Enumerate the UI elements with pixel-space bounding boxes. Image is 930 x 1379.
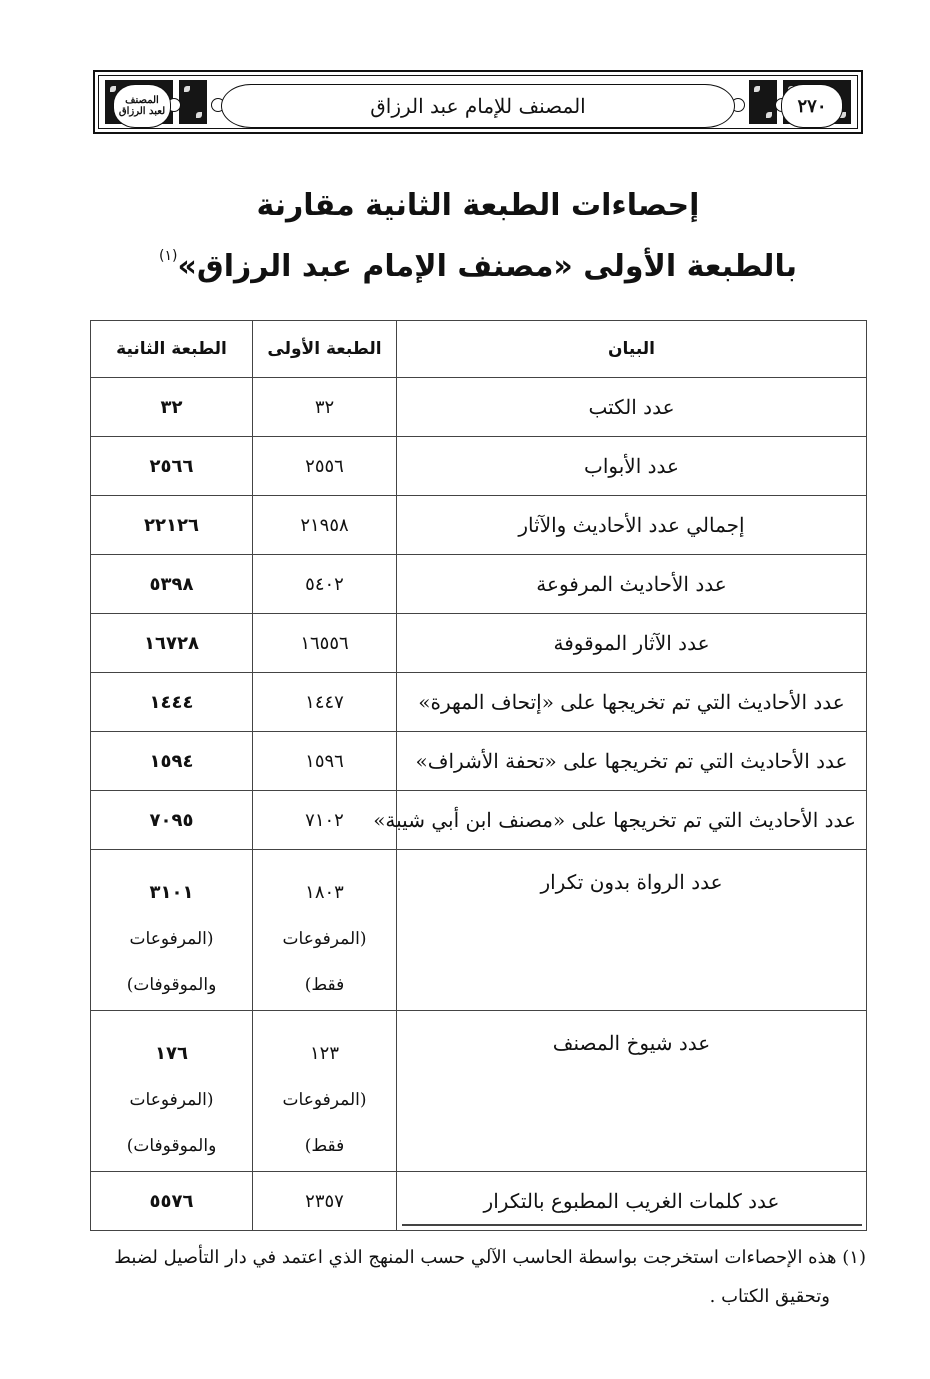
row-description: عدد الآثار الموقوفة: [397, 614, 867, 673]
emblem-line-1: المصنف: [119, 95, 165, 106]
row-second-edition: ٣٢: [91, 378, 253, 437]
running-header: المصنف لعبد الرزاق المصنف للإمام عبد الر…: [93, 70, 863, 134]
row-first-edition: ١٤٤٧: [253, 673, 397, 732]
table-row: عدد الأبواب ٢٥٥٦ ٢٥٦٦: [91, 437, 867, 496]
table-row: عدد الآثار الموقوفة ١٦٥٥٦ ١٦٧٢٨: [91, 614, 867, 673]
book-title-cartouche: المصنف للإمام عبد الرزاق: [221, 84, 735, 128]
row-first-edition-note: (المرفوعات: [283, 1077, 367, 1123]
row-second-edition-note: (المرفوعات: [130, 916, 214, 962]
book-emblem: المصنف لعبد الرزاق: [113, 84, 171, 128]
footnote-reference[interactable]: (١): [159, 248, 177, 264]
row-first-edition: ١٦٥٥٦: [253, 614, 397, 673]
book-title: المصنف للإمام عبد الرزاق: [370, 94, 585, 118]
row-description: عدد الرواة بدون تكرار: [397, 850, 867, 1011]
row-second-edition: ١٧٦ (المرفوعات والموقوفات): [91, 1011, 253, 1172]
row-second-edition-note: والموقوفات): [127, 1123, 217, 1169]
row-first-edition-note: (المرفوعات: [283, 916, 367, 962]
row-second-edition: ٢٥٦٦: [91, 437, 253, 496]
table-row: عدد كلمات الغريب المطبوع بالتكرار ٢٣٥٧ ٥…: [91, 1172, 867, 1231]
row-description: عدد الأحاديث التي تم تخريجها على «مصنف ا…: [397, 791, 867, 850]
row-second-edition-value: ١٧٦: [155, 1031, 188, 1077]
ornament-panel-left-inner: [179, 80, 207, 124]
emblem-line-2: لعبد الرزاق: [119, 106, 165, 117]
footnote-line-1: (١) هذه الإحصاءات استخرجت بواسطة الحاسب …: [90, 1238, 866, 1277]
page-title-line-1: إحصاءات الطبعة الثانية مقارنة: [90, 188, 866, 223]
row-first-edition: ٢٥٥٦: [253, 437, 397, 496]
table-row: عدد الأحاديث التي تم تخريجها على «تحفة ا…: [91, 732, 867, 791]
row-first-edition-note: فقط): [305, 1123, 345, 1169]
row-first-edition: ١٥٩٦: [253, 732, 397, 791]
row-second-edition-value: ٣١٠١: [150, 870, 194, 916]
table-row: عدد الكتب ٣٢ ٣٢: [91, 378, 867, 437]
table-row: عدد الأحاديث التي تم تخريجها على «مصنف ا…: [91, 791, 867, 850]
row-second-edition: ٣١٠١ (المرفوعات والموقوفات): [91, 850, 253, 1011]
row-second-edition-note: والموقوفات): [127, 962, 217, 1008]
footnote-line-2: وتحقيق الكتاب .: [90, 1277, 866, 1316]
row-first-edition-value: ١٢٣: [310, 1031, 339, 1077]
row-second-edition: ٢٢١٢٦: [91, 496, 253, 555]
header-second-edition: الطبعة الثانية: [91, 321, 253, 378]
row-second-edition: ١٤٤٤: [91, 673, 253, 732]
row-first-edition-note: فقط): [305, 962, 345, 1008]
row-second-edition: ٥٥٧٦: [91, 1172, 253, 1231]
table-row: إجمالي عدد الأحاديث والآثار ٢١٩٥٨ ٢٢١٢٦: [91, 496, 867, 555]
row-description: عدد الأحاديث التي تم تخريجها على «إتحاف …: [397, 673, 867, 732]
table-row: عدد الأحاديث المرفوعة ٥٤٠٢ ٥٣٩٨: [91, 555, 867, 614]
statistics-comparison-table: البيان الطبعة الأولى الطبعة الثانية عدد …: [90, 320, 867, 1231]
ornament-panel-right-inner: [749, 80, 777, 124]
row-first-edition: ٥٤٠٢: [253, 555, 397, 614]
table-row: عدد الأحاديث التي تم تخريجها على «إتحاف …: [91, 673, 867, 732]
row-description: عدد الأحاديث التي تم تخريجها على «تحفة ا…: [397, 732, 867, 791]
row-first-edition: ١٨٠٣ (المرفوعات فقط): [253, 850, 397, 1011]
row-description: عدد الأحاديث المرفوعة: [397, 555, 867, 614]
row-second-edition: ٥٣٩٨: [91, 555, 253, 614]
row-description: عدد كلمات الغريب المطبوع بالتكرار: [397, 1172, 867, 1231]
row-description: إجمالي عدد الأحاديث والآثار: [397, 496, 867, 555]
footnote: (١) هذه الإحصاءات استخرجت بواسطة الحاسب …: [90, 1238, 866, 1316]
header-first-edition: الطبعة الأولى: [253, 321, 397, 378]
row-second-edition: ١٥٩٤: [91, 732, 253, 791]
header-frame: المصنف لعبد الرزاق المصنف للإمام عبد الر…: [98, 75, 858, 129]
page-number: ٢٧٠: [797, 96, 826, 117]
table-row: عدد الرواة بدون تكرار ١٨٠٣ (المرفوعات فق…: [91, 850, 867, 1011]
row-description: عدد الأبواب: [397, 437, 867, 496]
row-second-edition: ٧٠٩٥: [91, 791, 253, 850]
page-title-line-2-text: بالطبعة الأولى «مصنف الإمام عبد الرزاق»: [178, 249, 797, 284]
row-first-edition-value: ١٨٠٣: [305, 870, 344, 916]
table-row: عدد شيوخ المصنف ١٢٣ (المرفوعات فقط) ١٧٦ …: [91, 1011, 867, 1172]
row-first-edition: ١٢٣ (المرفوعات فقط): [253, 1011, 397, 1172]
row-description: عدد الكتب: [397, 378, 867, 437]
row-description: عدد شيوخ المصنف: [397, 1011, 867, 1172]
page-number-cartouche: ٢٧٠: [781, 84, 843, 128]
row-first-edition: ٢١٩٥٨: [253, 496, 397, 555]
row-first-edition: ٣٢: [253, 378, 397, 437]
table-header-row: البيان الطبعة الأولى الطبعة الثانية: [91, 321, 867, 378]
footnote-separator: [402, 1224, 862, 1226]
row-second-edition: ١٦٧٢٨: [91, 614, 253, 673]
row-second-edition-note: (المرفوعات: [130, 1077, 214, 1123]
header-description: البيان: [397, 321, 867, 378]
page-title-line-2: بالطبعة الأولى «مصنف الإمام عبد الرزاق»(…: [90, 248, 866, 284]
row-first-edition: ٢٣٥٧: [253, 1172, 397, 1231]
